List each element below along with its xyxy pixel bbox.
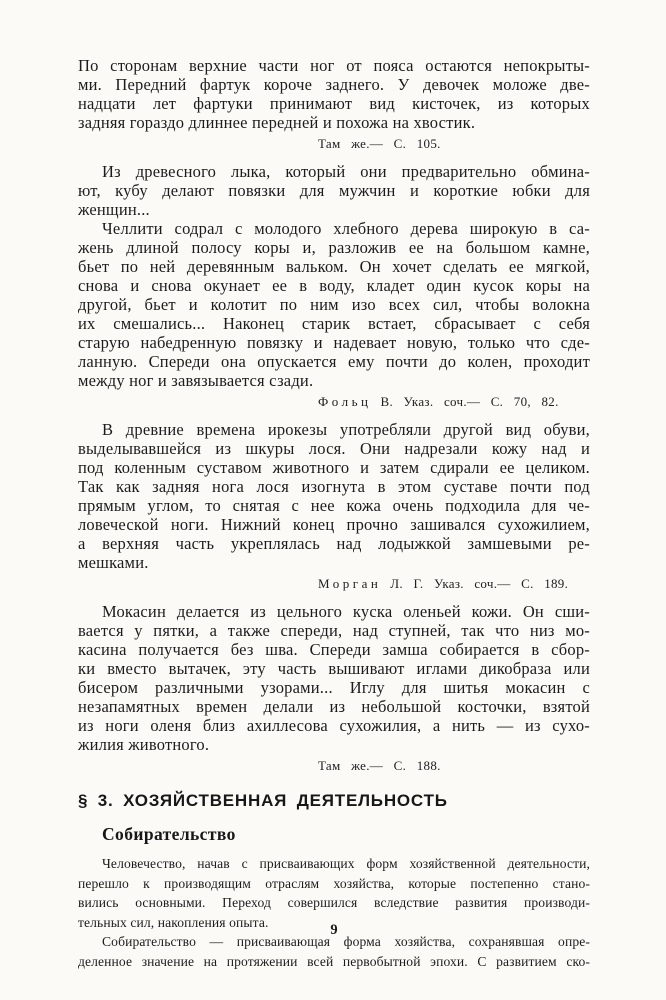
section-heading: § 3. ХОЗЯЙСТВЕННАЯ ДЕЯТЕЛЬНОСТЬ — [78, 791, 590, 811]
text-line: жилия животного. — [78, 735, 590, 754]
text-line: под коленным суставом животного и затем … — [78, 458, 590, 477]
text-line: касина получается без шва. Спереди замша… — [78, 640, 590, 659]
text-line: Так как задняя нога лося изогнута в этом… — [78, 477, 590, 496]
page-content: По сторонам верхние части ног от пояса о… — [78, 56, 590, 971]
text-line: ловеческой ноги. Нижний конец прочно заш… — [78, 515, 590, 534]
paragraph: В древние времена ирокезы употребляли др… — [78, 420, 590, 572]
paragraph: Мокасин делается из цельного куска олень… — [78, 602, 590, 754]
sub-heading: Собирательство — [78, 824, 590, 845]
text-line: бисером различными узорами... Иглу для ш… — [78, 678, 590, 697]
text-line: По сторонам верхние части ног от пояса о… — [78, 56, 590, 75]
text-line: прямым углом, то снятая с нее кожа очень… — [78, 496, 590, 515]
citation: ФольцВ. Указ. соч.— С. 70, 82. — [318, 393, 590, 411]
text-line: В древние времена ирокезы употребляли др… — [78, 420, 590, 439]
book-page: По сторонам верхние части ног от пояса о… — [0, 0, 666, 1000]
text-line: ми. Передний фартук короче заднего. У де… — [78, 75, 590, 94]
text-line: задняя гораздо длиннее передней и похожа… — [78, 113, 590, 132]
text-line: между ног и завязывается сзади. — [78, 371, 590, 390]
text-line: из ноги оленя близ ахиллесова сухожилия,… — [78, 716, 590, 735]
citation: МорганЛ. Г. Указ. соч.— С. 189. — [318, 575, 590, 593]
citation-author: Морган — [318, 576, 381, 591]
text-line: незапамятных времен делали из небольшой … — [78, 697, 590, 716]
text-line: ланную. Спереди она опускается ему почти… — [78, 352, 590, 371]
citation-text: Там же.— С. 105. — [318, 136, 441, 151]
text-line: а верхняя часть укреплялась над лодыжкой… — [78, 534, 590, 553]
text-line: мешками. — [78, 553, 590, 572]
text-line: перешло к производящим отраслям хозяйств… — [78, 874, 590, 894]
paragraph: По сторонам верхние части ног от пояса о… — [78, 56, 590, 132]
text-line: старую набедренную повязку и надевает но… — [78, 333, 590, 352]
text-line: ют, кубу делают повязки для мужчин и кор… — [78, 181, 590, 200]
text-line: снова и снова окунает ее в воду, кладет … — [78, 276, 590, 295]
text-line: женщин... — [78, 200, 590, 219]
citation-text: Л. Г. Указ. соч.— С. 189. — [390, 576, 568, 591]
paragraph: Человечество, начав с присваивающих форм… — [78, 854, 590, 932]
text-line: Мокасин делается из цельного куска олень… — [78, 602, 590, 621]
text-line: их смешались... Наконец старик встает, с… — [78, 314, 590, 333]
text-line: жень длиной полосу коры и, разложив ее н… — [78, 238, 590, 257]
text-line: выделывавшейся из шкуры лося. Они надрез… — [78, 439, 590, 458]
text-line: ки вместо вытачек, эту часть вышивают иг… — [78, 659, 590, 678]
citation: Там же.— С. 105. — [318, 135, 590, 153]
text-line: бьет по ней деревянным вальком. Он хочет… — [78, 257, 590, 276]
page-number: 9 — [78, 922, 590, 939]
citation-text: В. Указ. соч.— С. 70, 82. — [380, 394, 558, 409]
citation-text: Там же.— С. 188. — [318, 758, 441, 773]
text-line: Челлити содрал с молодого хлебного дерев… — [78, 219, 590, 238]
text-line: Человечество, начав с присваивающих форм… — [78, 854, 590, 874]
citation-author: Фольц — [318, 394, 371, 409]
text-line: вились основными. Переход совершился всл… — [78, 893, 590, 913]
citation: Там же.— С. 188. — [318, 757, 590, 775]
text-line: деленное значение на протяжении всей пер… — [78, 952, 590, 972]
text-line: надцати лет фартуки принимают вид кисточ… — [78, 94, 590, 113]
paragraph: Из древесного лыка, который они предвари… — [78, 162, 590, 219]
paragraph: Челлити содрал с молодого хлебного дерев… — [78, 219, 590, 390]
text-line: другой, бьет и колотит по ним изо всех с… — [78, 295, 590, 314]
text-line: Из древесного лыка, который они предвари… — [78, 162, 590, 181]
text-line: вается у пятки, а также спереди, над сту… — [78, 621, 590, 640]
